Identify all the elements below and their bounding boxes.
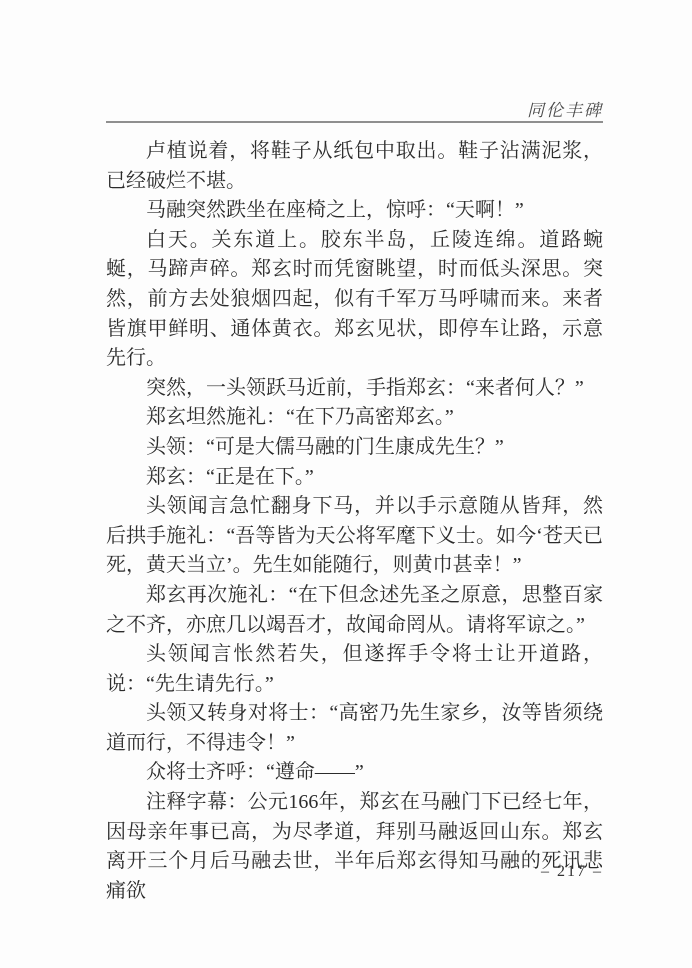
body-text: 卢植说着，将鞋子从纸包中取出。鞋子沾满泥浆，已经破烂不堪。 马融突然跌坐在座椅之… — [106, 137, 603, 906]
book-page: 同伦丰碑 卢植说着，将鞋子从纸包中取出。鞋子沾满泥浆，已经破烂不堪。 马融突然跌… — [0, 0, 692, 968]
paragraph: 头领闻言怅然若失，但遂挥手令将士让开道路，说：“先生请先行。” — [106, 640, 603, 699]
paragraph: 郑玄再次施礼：“在下但念述先圣之原意，思整百家之不齐，亦庶几以竭吾才，故闻命罔从… — [106, 581, 603, 640]
paragraph: 头领又转身对将士：“高密乃先生家乡，汝等皆须绕道而行，不得违令！” — [106, 699, 603, 758]
paragraph: 突然，一头领跃马近前，手指郑玄：“来者何人？” — [106, 374, 603, 404]
running-head: 同伦丰碑 — [527, 96, 603, 121]
paragraph: 注释字幕：公元166年，郑玄在马融门下已经七年，因母亲年事已高，为尽孝道，拜别马… — [106, 788, 603, 906]
paragraph: 白天。关东道上。胶东半岛，丘陵连绵。道路蜿蜒，马蹄声碎。郑玄时而凭窗眺望，时而低… — [106, 226, 603, 374]
paragraph: 头领：“可是大儒马融的门生康成先生？” — [106, 433, 603, 463]
paragraph: 郑玄坦然施礼：“在下乃高密郑玄。” — [106, 403, 603, 433]
paragraph: 马融突然跌坐在座椅之上，惊呼：“天啊！” — [106, 196, 603, 226]
header-rule — [106, 121, 603, 123]
paragraph: 卢植说着，将鞋子从纸包中取出。鞋子沾满泥浆，已经破烂不堪。 — [106, 137, 603, 196]
paragraph: 头领闻言急忙翻身下马，并以手示意随从皆拜，然后拱手施礼：“吾等皆为天公将军麾下义… — [106, 492, 603, 581]
page-number: – 217 – — [541, 863, 603, 881]
paragraph: 郑玄：“正是在下。” — [106, 463, 603, 493]
paragraph: 众将士齐呼：“遵命——” — [106, 758, 603, 788]
